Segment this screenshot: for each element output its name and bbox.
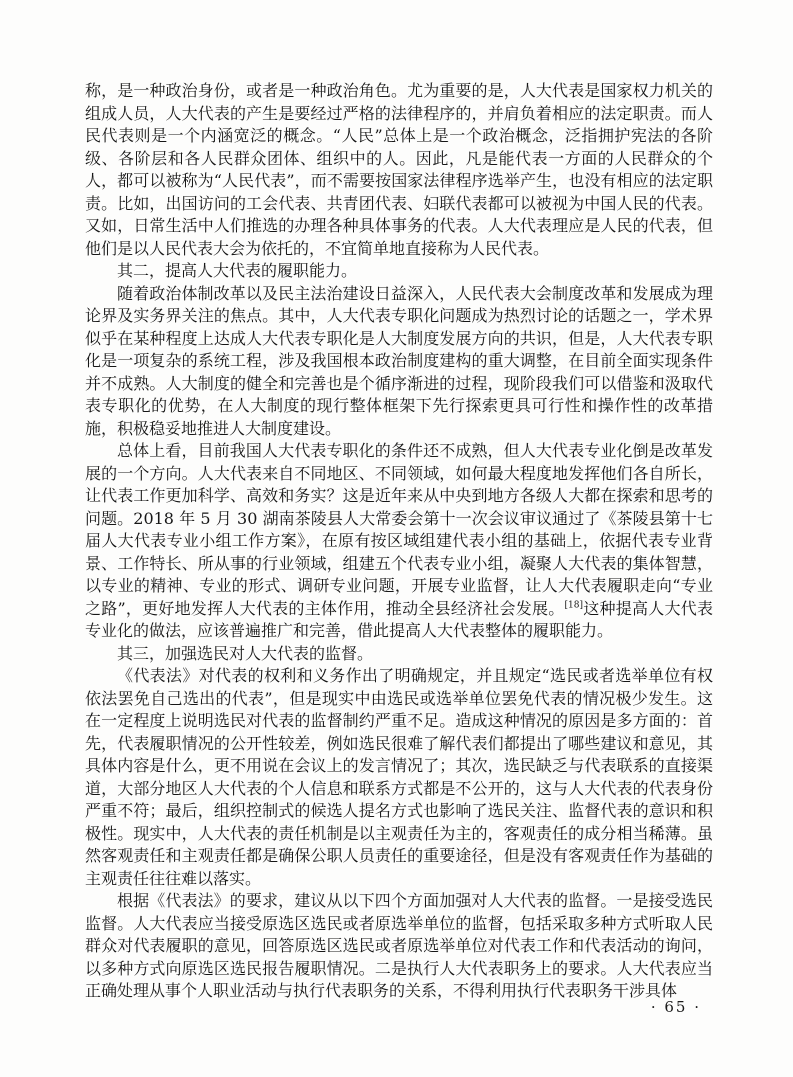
paragraph: 称，是一种政治身份，或者是一种政治角色。尤为重要的是，人大代表是国家权力机关的组… xyxy=(85,80,713,260)
footnote-ref-18: [18] xyxy=(565,600,583,610)
paragraph: 随着政治体制改革以及民主法治建设日益深入，人民代表大会制度改革和发展成为理论界及… xyxy=(85,283,713,441)
paragraph: 根据《代表法》的要求，建议从以下四个方面加强对人大代表的监督。一是接受选民监督。… xyxy=(85,890,713,1003)
paragraph: 其二，提高人大代表的履职能力。 xyxy=(85,260,713,283)
text-block: 称，是一种政治身份，或者是一种政治角色。尤为重要的是，人大代表是国家权力机关的组… xyxy=(85,80,713,1003)
page-number: · 65 · xyxy=(85,998,701,1016)
paragraph: 《代表法》对代表的权利和义务作出了明确规定，并且规定“选民或者选举单位有权依法罢… xyxy=(85,665,713,890)
paragraph: 其三，加强选民对人大代表的监督。 xyxy=(85,643,713,666)
paragraph-text: 总体上看，目前我国人大代表专职化的条件还不成熟，但人大代表专业化倒是改革发展的一… xyxy=(85,441,713,618)
paragraph: 总体上看，目前我国人大代表专职化的条件还不成熟，但人大代表专业化倒是改革发展的一… xyxy=(85,440,713,643)
document-page: 称，是一种政治身份，或者是一种政治角色。尤为重要的是，人大代表是国家权力机关的组… xyxy=(0,0,793,1077)
